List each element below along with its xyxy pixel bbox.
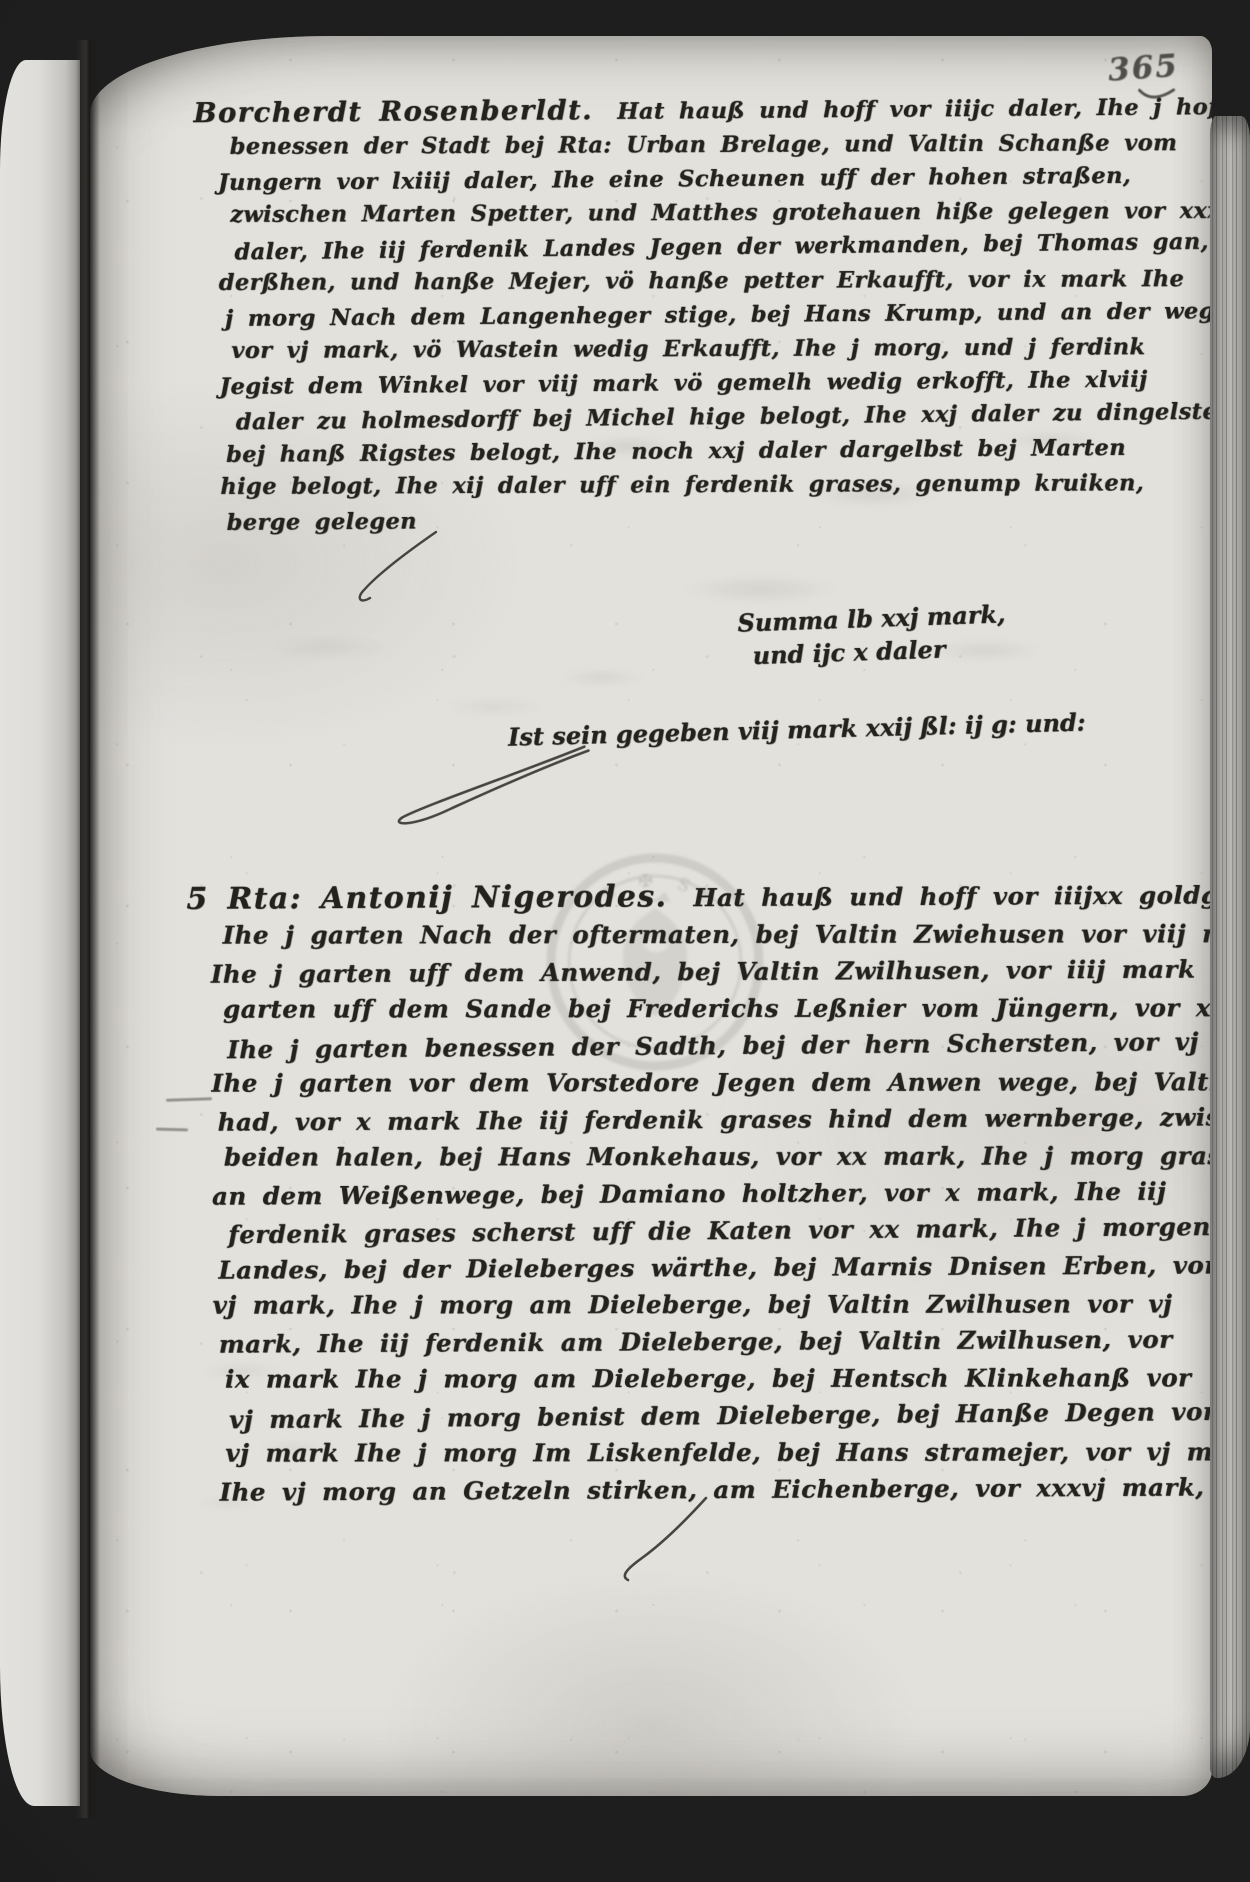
photographed-book-scene: 365 Borcherdt Rosenberldt. Hat hauß und …: [0, 0, 1250, 1882]
manuscript-line: garten uff dem Sande bej Frederichs Leßn…: [223, 989, 1212, 1027]
manuscript-line: Ihe j garten benessen der Sadth, bej der…: [227, 1023, 1212, 1069]
manuscript-line: 5 Rta: Antonij Nigerodes. Hat hauß und h…: [186, 875, 1212, 919]
manuscript-line: vor vj mark, vö Wastein wedig Erkaufft, …: [231, 330, 1212, 368]
manuscript-line: hige belogt, Ihe xij daler uff ein ferde…: [220, 466, 1212, 504]
manuscript-line: ix mark Ihe j morg am Dieleberge, bej He…: [225, 1359, 1212, 1397]
payment-line: Ist sein gegeben viij mark xxij ßl: ij g…: [442, 708, 1086, 754]
manuscript-line: vj mark Ihe j morg Im Liskenfelde, bej H…: [225, 1433, 1212, 1471]
manuscript-line: Landes, bej der Dieleberges wärthe, bej …: [218, 1246, 1212, 1288]
payment-swash-flourish: [384, 734, 596, 834]
book-fore-edge-leaves: [1210, 116, 1250, 1778]
page-number: 365: [1107, 48, 1180, 89]
register-entry-1: Borcherdt Rosenberldt. Hat hauß und hoff…: [193, 88, 1212, 540]
manuscript-line: had, vor x mark Ihe iij ferdenik grases …: [218, 1098, 1212, 1140]
manuscript-line: mark, Ihe iij ferdenik am Dieleberge, be…: [219, 1320, 1212, 1362]
margin-mark: [156, 1128, 188, 1132]
manuscript-line: benessen der Stadt bej Rta: Urban Brelag…: [230, 126, 1212, 164]
manuscript-line: Ihe j garten uff dem Anwend, bej Valtin …: [211, 950, 1212, 992]
register-entry-2: 5 Rta: Antonij Nigerodes. Hat hauß und h…: [186, 875, 1212, 1511]
summa-total: Summa lb xxj mark, und ijc x daler: [737, 597, 1007, 672]
manuscript-line: vj mark, Ihe j morg am Dieleberge, bej V…: [213, 1285, 1212, 1323]
manuscript-line: derßhen, und hanße Mejer, vö hanße pette…: [219, 262, 1212, 300]
manuscript-line: Ihe j garten vor dem Vorstedore Jegen de…: [211, 1063, 1212, 1101]
manuscript-text: Hat hauß und hoff vor iiijxx goldgulden: [693, 880, 1212, 912]
manuscript-line: Ihe vj morg an Getzeln stirken, am Eiche…: [219, 1468, 1212, 1510]
manuscript-text: Hat hauß und hoff vor iiijc daler, Ihe j…: [617, 94, 1212, 125]
manuscript-page: 365 Borcherdt Rosenberldt. Hat hauß und …: [90, 36, 1212, 1796]
entry-end-flourish: [340, 528, 460, 608]
manuscript-line: Ihe j garten Nach der oftermaten, bej Va…: [223, 915, 1212, 953]
entry-heading: Borcherdt Rosenberldt.: [193, 94, 603, 129]
book-gutter-shadow: [76, 40, 100, 1818]
entry-heading: 5 Rta: Antonij Nigerodes.: [186, 879, 677, 917]
facing-page-edge: [0, 60, 80, 1806]
manuscript-line: vj mark Ihe j morg benist dem Dieleberge…: [229, 1393, 1212, 1439]
payment-text: Ist sein gegeben viij mark xxij ßl: ij g…: [508, 708, 1086, 752]
manuscript-line: beiden halen, bej Hans Monkehaus, vor xx…: [224, 1137, 1212, 1175]
manuscript-line: berge gelegen: [226, 498, 1212, 540]
manuscript-line: Borcherdt Rosenberldt. Hat hauß und hoff…: [193, 88, 1212, 132]
